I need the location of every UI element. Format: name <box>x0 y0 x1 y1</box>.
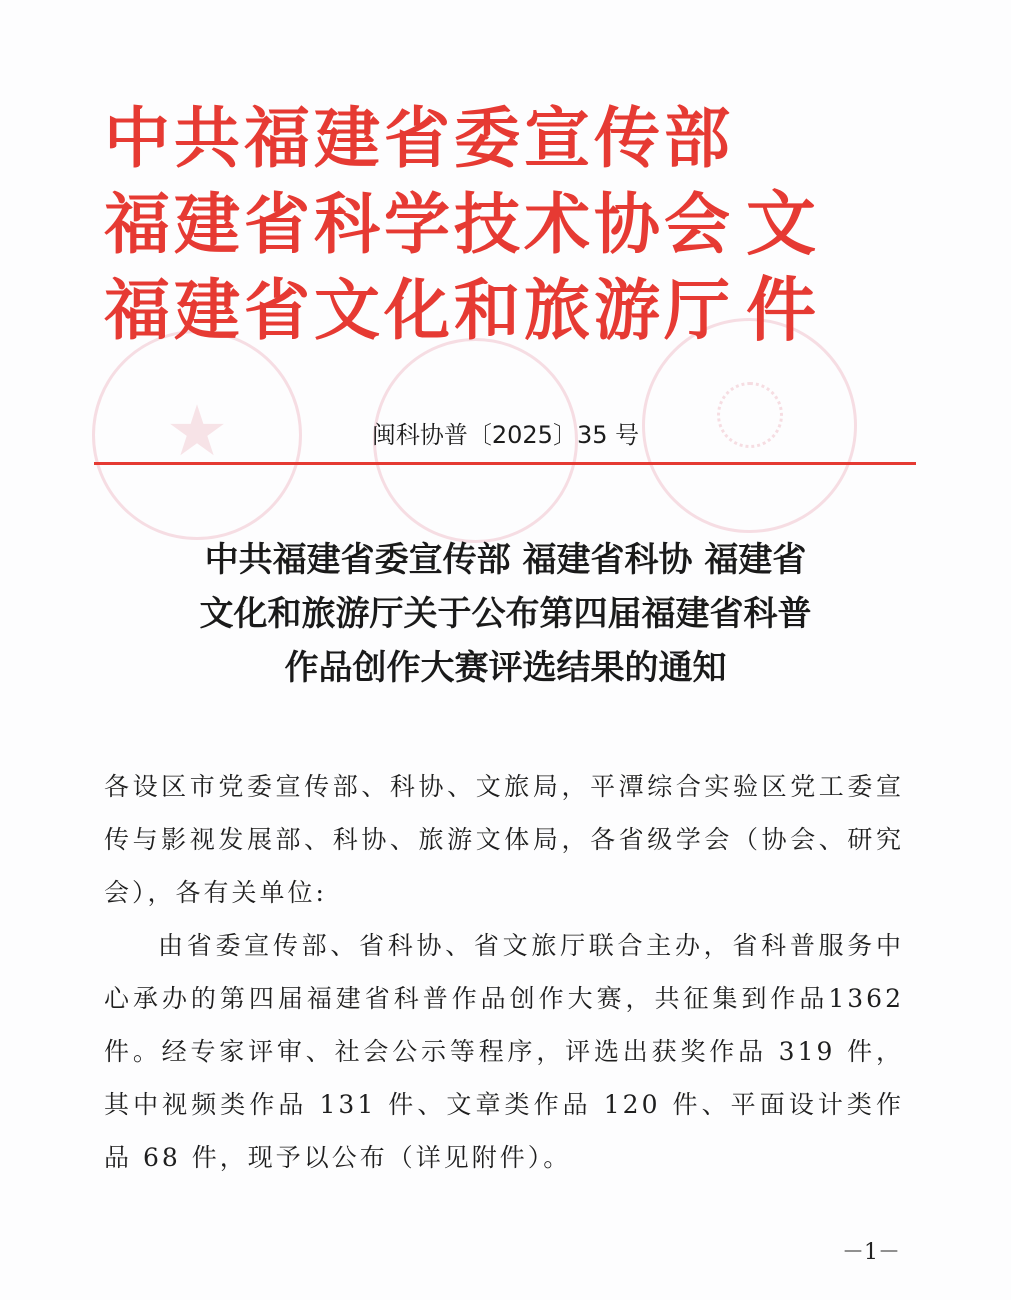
addressee: 各设区市党委宣传部、科协、文旅局，平潭综合实验区党工委宣传与影视发展部、科协、旅… <box>104 760 904 919</box>
body-paragraph: 由省委宣传部、省科协、省文旅厅联合主办，省科普服务中心承办的第四届福建省科普作品… <box>104 919 904 1184</box>
document-number: 闽科协普〔2025〕35 号 <box>0 415 1011 450</box>
issuer-science-association: 福建省科学技术协会 <box>104 181 734 267</box>
title-line: 作品创作大赛评选结果的通知 <box>0 641 1011 695</box>
issuer-culture-tourism-dept: 福建省文化和旅游厅 <box>104 267 734 353</box>
document-label: 文件 <box>746 181 820 353</box>
notice-title: 中共福建省委宣传部 福建省科协 福建省 文化和旅游厅关于公布第四届福建省科普 作… <box>0 533 1011 695</box>
title-line: 中共福建省委宣传部 福建省科协 福建省 <box>0 533 1011 587</box>
issuer-propaganda-dept: 中共福建省委宣传部 <box>104 95 734 181</box>
red-divider <box>94 462 916 465</box>
title-line: 文化和旅游厅关于公布第四届福建省科普 <box>0 587 1011 641</box>
notice-body: 各设区市党委宣传部、科协、文旅局，平潭综合实验区党工委宣传与影视发展部、科协、旅… <box>104 760 904 1184</box>
page-number: －1－ <box>842 1235 900 1266</box>
document-header: 中共福建省委宣传部 福建省科学技术协会 福建省文化和旅游厅 文件 <box>104 95 734 353</box>
